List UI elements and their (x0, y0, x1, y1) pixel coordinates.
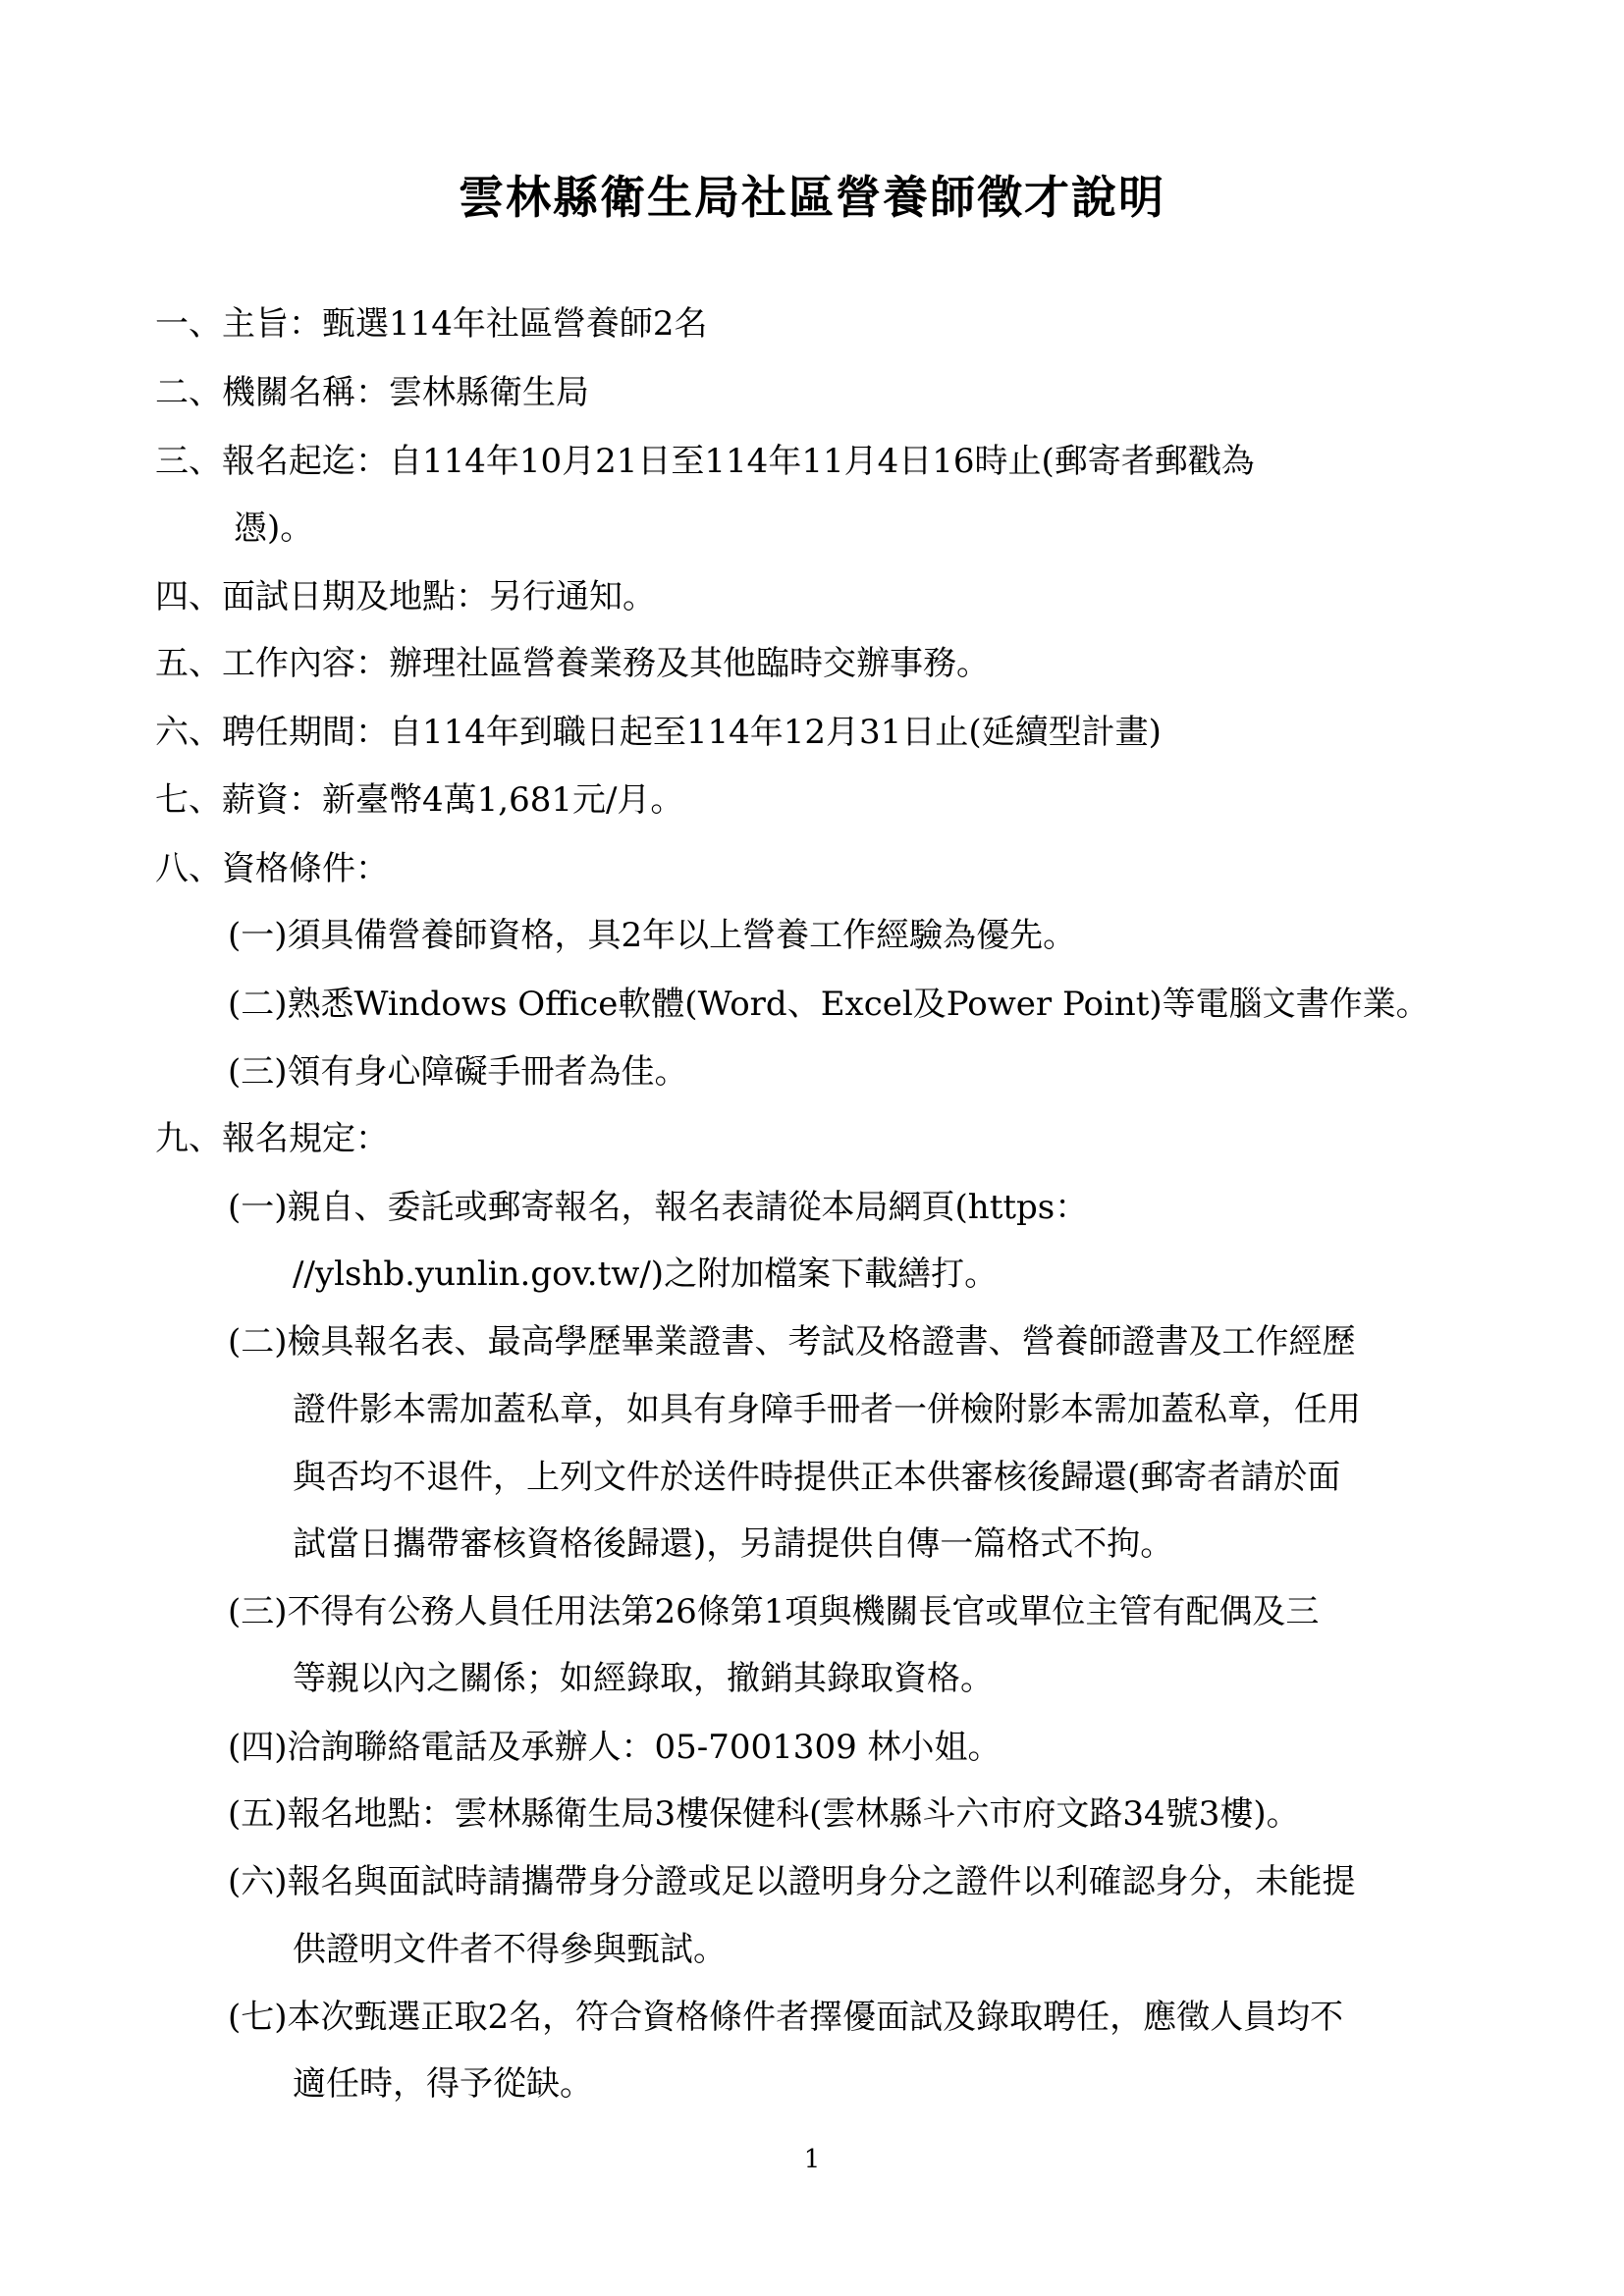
section-3-cont: 憑)。 (234, 508, 313, 548)
section-4: 四、面試日期及地點：另行通知。 (155, 577, 656, 616)
rule-7: (七)本次甄選正取2名，符合資格條件者擇優面試及錄取聘任，應徵人員均不 (228, 1998, 1343, 2037)
rule-2-line-4: 試當日攜帶審核資格後歸還)，另請提供自傳一篇格式不拘。 (293, 1524, 1173, 1564)
rule-1-line-2: //ylshb.yunlin.gov.tw/)之附加檔案下載繕打。 (293, 1255, 998, 1294)
rule-4: (四)洽詢聯絡電話及承辦人：05-7001309 林小姐。 (228, 1728, 1001, 1767)
page-number: 1 (0, 2145, 1624, 2174)
rule-2-line-2: 證件影本需加蓋私章，如具有身障手冊者一併檢附影本需加蓋私章，任用 (293, 1390, 1361, 1429)
rule-2-line-3: 與否均不退件，上列文件於送件時提供正本供審核後歸還(郵寄者請於面 (293, 1458, 1340, 1497)
rule-6: (六)報名與面試時請攜帶身分證或足以證明身分之證件以利確認身分，未能提 (228, 1862, 1356, 1901)
rule-2: (二)檢具報名表、最高學歷畢業證書、考試及格證書、營養師證書及工作經歷 (228, 1322, 1356, 1362)
section-6: 六、聘任期間：自114年到職日起至114年12月31日止(延續型計畫) (155, 713, 1162, 752)
rule-3: (三)不得有公務人員任用法第26條第1項與機關長官或單位主管有配偶及三 (228, 1592, 1319, 1631)
rule-7-line-2: 適任時，得予從缺。 (293, 2064, 593, 2104)
section-7: 七、薪資：新臺幣4萬1,681元/月。 (155, 780, 683, 820)
section-3: 三、報名起迄：自114年10月21日至114年11月4日16時止(郵寄者郵戳為 (155, 442, 1255, 481)
rule-3-line-2: 等親以內之關係；如經錄取，撤銷其錄取資格。 (293, 1659, 994, 1698)
qualification-1: (一)須具備營養師資格，具2年以上營養工作經驗為優先。 (228, 916, 1076, 955)
rule-1: (一)親自、委託或郵寄報名，報名表請從本局網頁(https： (228, 1188, 1088, 1227)
qualification-2: (二)熟悉Windows Office軟體(Word、Excel及Power P… (228, 985, 1430, 1024)
section-5: 五、工作內容：辦理社區營養業務及其他臨時交辦事務。 (155, 644, 990, 683)
section-8: 八、資格條件： (155, 849, 389, 888)
section-9: 九、報名規定： (155, 1119, 389, 1158)
section-2: 二、機關名稱：雲林縣衛生局 (155, 373, 589, 412)
section-1: 一、主旨：甄選114年社區營養師2名 (155, 304, 708, 344)
document-title: 雲林縣衛生局社區營養師徵才說明 (0, 162, 1624, 227)
qualification-3: (三)領有身心障礙手冊者為佳。 (228, 1052, 688, 1092)
rule-6-line-2: 供證明文件者不得參與甄試。 (293, 1930, 727, 1969)
rule-5: (五)報名地點：雲林縣衛生局3樓保健科(雲林縣斗六市府文路34號3樓)。 (228, 1794, 1300, 1834)
